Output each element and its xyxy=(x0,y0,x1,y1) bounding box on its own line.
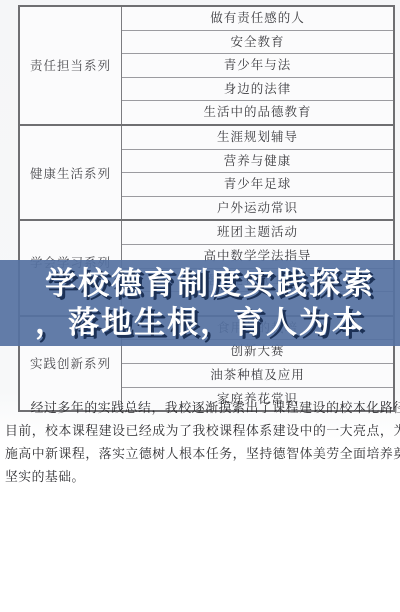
series-rows: 做有责任感的人安全教育青少年与法身边的法律生活中的品德教育 xyxy=(122,7,393,124)
banner-title-line-2: ，落地生根，育人为本 xyxy=(0,303,400,342)
table-section: 责任担当系列做有责任感的人安全教育青少年与法身边的法律生活中的品德教育 xyxy=(20,7,393,126)
course-row: 做有责任感的人 xyxy=(122,7,393,31)
series-rows: 生涯规划辅导营养与健康青少年足球户外运动常识 xyxy=(122,126,393,219)
course-row: 营养与健康 xyxy=(122,150,393,174)
series-label: 健康生活系列 xyxy=(20,126,122,219)
body-paragraph: 经过多年的实践总结，我校逐渐摸索出了课程建设的校本化路径，目前，校本课程建设已经… xyxy=(5,397,400,489)
curriculum-table: 责任担当系列做有责任感的人安全教育青少年与法身边的法律生活中的品德教育健康生活系… xyxy=(18,5,395,412)
table-section: 健康生活系列生涯规划辅导营养与健康青少年足球户外运动常识 xyxy=(20,126,393,221)
course-row: 青少年足球 xyxy=(122,173,393,197)
document-page: 责任担当系列做有责任感的人安全教育青少年与法身边的法律生活中的品德教育健康生活系… xyxy=(0,0,400,612)
course-row: 班团主题活动 xyxy=(122,221,393,245)
course-row: 油茶种植及应用 xyxy=(122,364,393,388)
course-row: 青少年与法 xyxy=(122,54,393,78)
banner-title-line-1: 学校德育制度实践探索 xyxy=(10,264,400,303)
course-row: 户外运动常识 xyxy=(122,197,393,220)
headline-banner: 学校德育制度实践探索 ，落地生根，育人为本 xyxy=(0,260,400,346)
course-row: 生活中的品德教育 xyxy=(122,101,393,124)
series-label: 责任担当系列 xyxy=(20,7,122,124)
course-row: 身边的法律 xyxy=(122,78,393,102)
course-row: 安全教育 xyxy=(122,31,393,55)
course-row: 生涯规划辅导 xyxy=(122,126,393,150)
